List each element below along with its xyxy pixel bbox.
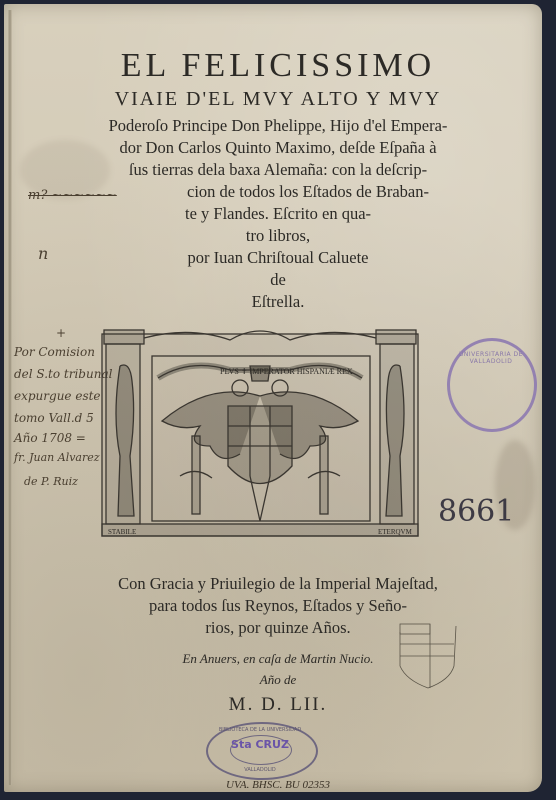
stamp-top-text: BIBLIOTECA DE LA UNIVERSIDAD <box>208 727 312 733</box>
title-line-2: VIAIE D'EL MVY ALTO Y MVY <box>0 88 556 111</box>
censor-note-line: Por Comision <box>14 345 95 359</box>
plinth-right-text: ETERQVM <box>378 528 413 536</box>
shelf-number: 8661 <box>438 494 514 529</box>
privilege-line: Con Gracia y Priuilegio de la Imperial M… <box>0 574 556 594</box>
handwritten-note: m? ~~~~~~ <box>28 188 117 203</box>
censor-note-line: Año 1708 = <box>14 431 86 445</box>
privilege-line: rios, por quinze Años. <box>0 618 556 638</box>
censor-note-line: de P. Ruiz <box>24 475 78 488</box>
plinth-left-text: STABILE <box>108 528 136 536</box>
stamp-bottom-text: VALLADOLID <box>208 767 312 773</box>
body-line: de <box>0 270 556 290</box>
censor-note-line: tomo Vall.d 5 <box>14 411 94 425</box>
body-line: ſus tierras dela baxa Alemaña: con la de… <box>0 160 556 180</box>
handwritten-number: n <box>38 244 48 263</box>
stamp-center-text: Sta CRUZ <box>208 738 312 751</box>
body-line: Poderoſo Principe Don Phelippe, Hijo d'e… <box>0 116 556 136</box>
woodcut-banner-text: PLVS ✝ IMPERATOR HISPANIÆ REX <box>220 367 353 376</box>
author-place: Eſtrella. <box>0 292 556 312</box>
woodcut-coat-of-arms: PLVS ✝ IMPERATOR HISPANIÆ REX STABILE ET… <box>100 326 420 546</box>
year-label: Año de <box>0 672 556 688</box>
stamp-text: UNIVERSITARIA DE VALLADOLID <box>456 351 526 365</box>
privilege-line: para todos ſus Reynos, Eſtados y Seño- <box>0 596 556 616</box>
censor-note-line: del S.to tribunal <box>14 367 112 381</box>
publication-year: M. D. LII. <box>0 694 556 716</box>
author-line: por Iuan Chriſtoual Caluete <box>0 248 556 268</box>
censor-note-line: fr. Juan Alvarez <box>14 451 100 464</box>
shelfmark: UVA. BHSC. BU 02353 <box>0 779 556 791</box>
imprint-line: En Anuers, en caſa de Martin Nucio. <box>0 651 556 667</box>
body-line: dor Don Carlos Quinto Maximo, deſde Eſpa… <box>0 138 556 158</box>
body-line: tro libros, <box>0 226 556 246</box>
censor-note-line: expurgue este <box>14 389 101 403</box>
title-line-1: EL FELICISSIMO <box>0 47 556 85</box>
library-stamp-oval: BIBLIOTECA DE LA UNIVERSIDAD Sta CRUZ VA… <box>206 722 318 780</box>
library-stamp-round: UNIVERSITARIA DE VALLADOLID <box>447 338 537 432</box>
cross-mark: + <box>56 326 66 340</box>
body-line: te y Flandes. Eſcrito en qua- <box>0 204 556 224</box>
